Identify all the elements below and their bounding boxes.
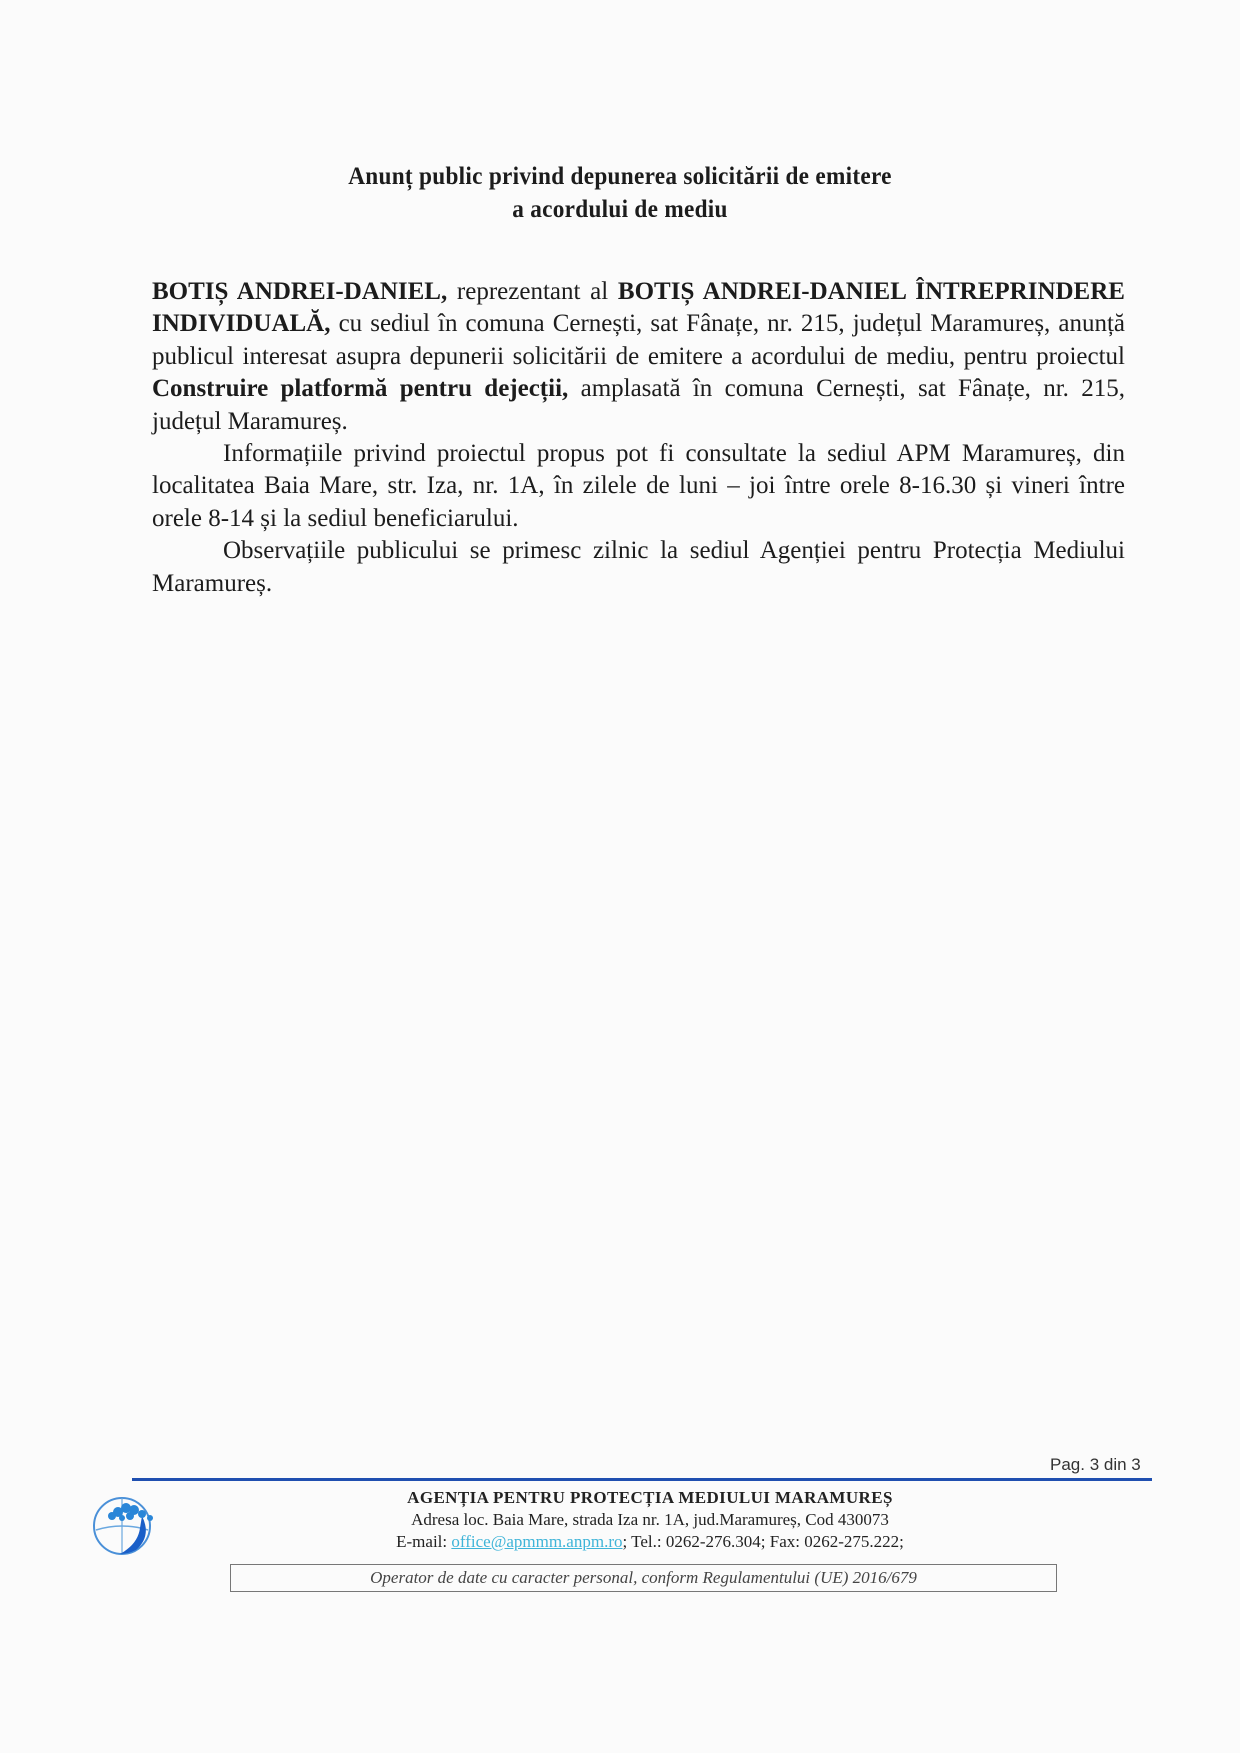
gdpr-notice: Operator de date cu caracter personal, c… — [230, 1564, 1057, 1592]
email-label: E-mail: — [396, 1532, 451, 1551]
project-name: Construire platformă pentru dejecții, — [152, 375, 568, 402]
paragraph-observations: Observațiile publicului se primesc zilni… — [152, 535, 1125, 600]
agency-name: AGENȚIA PENTRU PROTECȚIA MEDIULUI MARAMU… — [200, 1487, 1100, 1509]
paragraph-text: reprezentant al — [447, 278, 618, 305]
applicant-name: BOTIȘ ANDREI-DANIEL, — [152, 278, 447, 305]
notice-title-line-2: a acordului de mediu — [43, 196, 1196, 224]
notice-body: BOTIȘ ANDREI-DANIEL, reprezentant al BOT… — [152, 276, 1125, 600]
email-link[interactable]: office@apmmm.anpm.ro — [451, 1532, 622, 1551]
agency-address: Adresa loc. Baia Mare, strada Iza nr. 1A… — [200, 1509, 1100, 1531]
paragraph-consultation: Informațiile privind proiectul propus po… — [152, 438, 1125, 535]
globe-tree-logo-icon — [92, 1488, 164, 1560]
paragraph-applicant: BOTIȘ ANDREI-DANIEL, reprezentant al BOT… — [152, 276, 1125, 438]
agency-contact: E-mail: office@apmmm.anpm.ro; Tel.: 0262… — [200, 1531, 1100, 1553]
phone-fax: ; Tel.: 0262-276.304; Fax: 0262-275.222; — [623, 1532, 904, 1551]
footer-divider — [132, 1478, 1152, 1481]
notice-title-line-1: Anunț public privind depunerea solicităr… — [43, 163, 1196, 191]
page-number: Pag. 3 din 3 — [1050, 1455, 1141, 1475]
